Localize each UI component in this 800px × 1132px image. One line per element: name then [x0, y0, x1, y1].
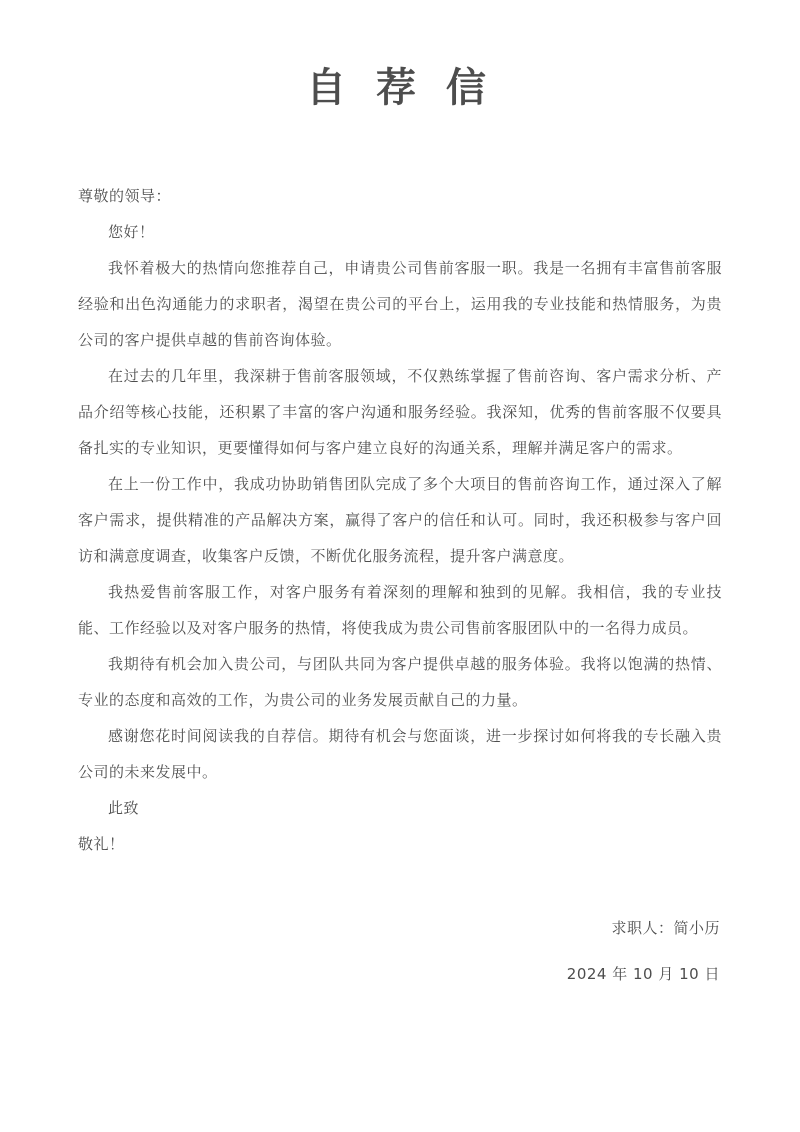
closing-cizhi: 此致	[78, 790, 722, 826]
paragraph-passion: 我热爱售前客服工作，对客户服务有着深刻的理解和独到的见解。我相信，我的专业技能、…	[78, 574, 722, 646]
cover-letter-page: 自 荐 信 尊敬的领导： 您好！ 我怀着极大的热情向您推荐自己，申请贵公司售前客…	[0, 0, 800, 1132]
paragraph-intro: 我怀着极大的热情向您推荐自己，申请贵公司售前客服一职。我是一名拥有丰富售前客服经…	[78, 250, 722, 358]
date-line: 2024 年 10 月 10 日	[80, 956, 720, 992]
signer-line: 求职人：简小历	[80, 910, 720, 946]
paragraph-expectation: 我期待有机会加入贵公司，与团队共同为客户提供卓越的服务体验。我将以饱满的热情、专…	[78, 646, 722, 718]
signature-block: 求职人：简小历 2024 年 10 月 10 日	[0, 910, 800, 992]
letter-title: 自 荐 信	[0, 0, 800, 110]
letter-body: 尊敬的领导： 您好！ 我怀着极大的热情向您推荐自己，申请贵公司售前客服一职。我是…	[0, 178, 800, 862]
paragraph-experience: 在过去的几年里，我深耕于售前客服领域，不仅熟练掌握了售前咨询、客户需求分析、产品…	[78, 358, 722, 466]
greeting-line: 您好！	[78, 214, 722, 250]
paragraph-achievements: 在上一份工作中，我成功协助销售团队完成了多个大项目的售前咨询工作，通过深入了解客…	[78, 466, 722, 574]
closing-jingli: 敬礼！	[78, 826, 722, 862]
salutation: 尊敬的领导：	[78, 178, 722, 214]
paragraph-thanks: 感谢您花时间阅读我的自荐信。期待有机会与您面谈，进一步探讨如何将我的专长融入贵公…	[78, 718, 722, 790]
